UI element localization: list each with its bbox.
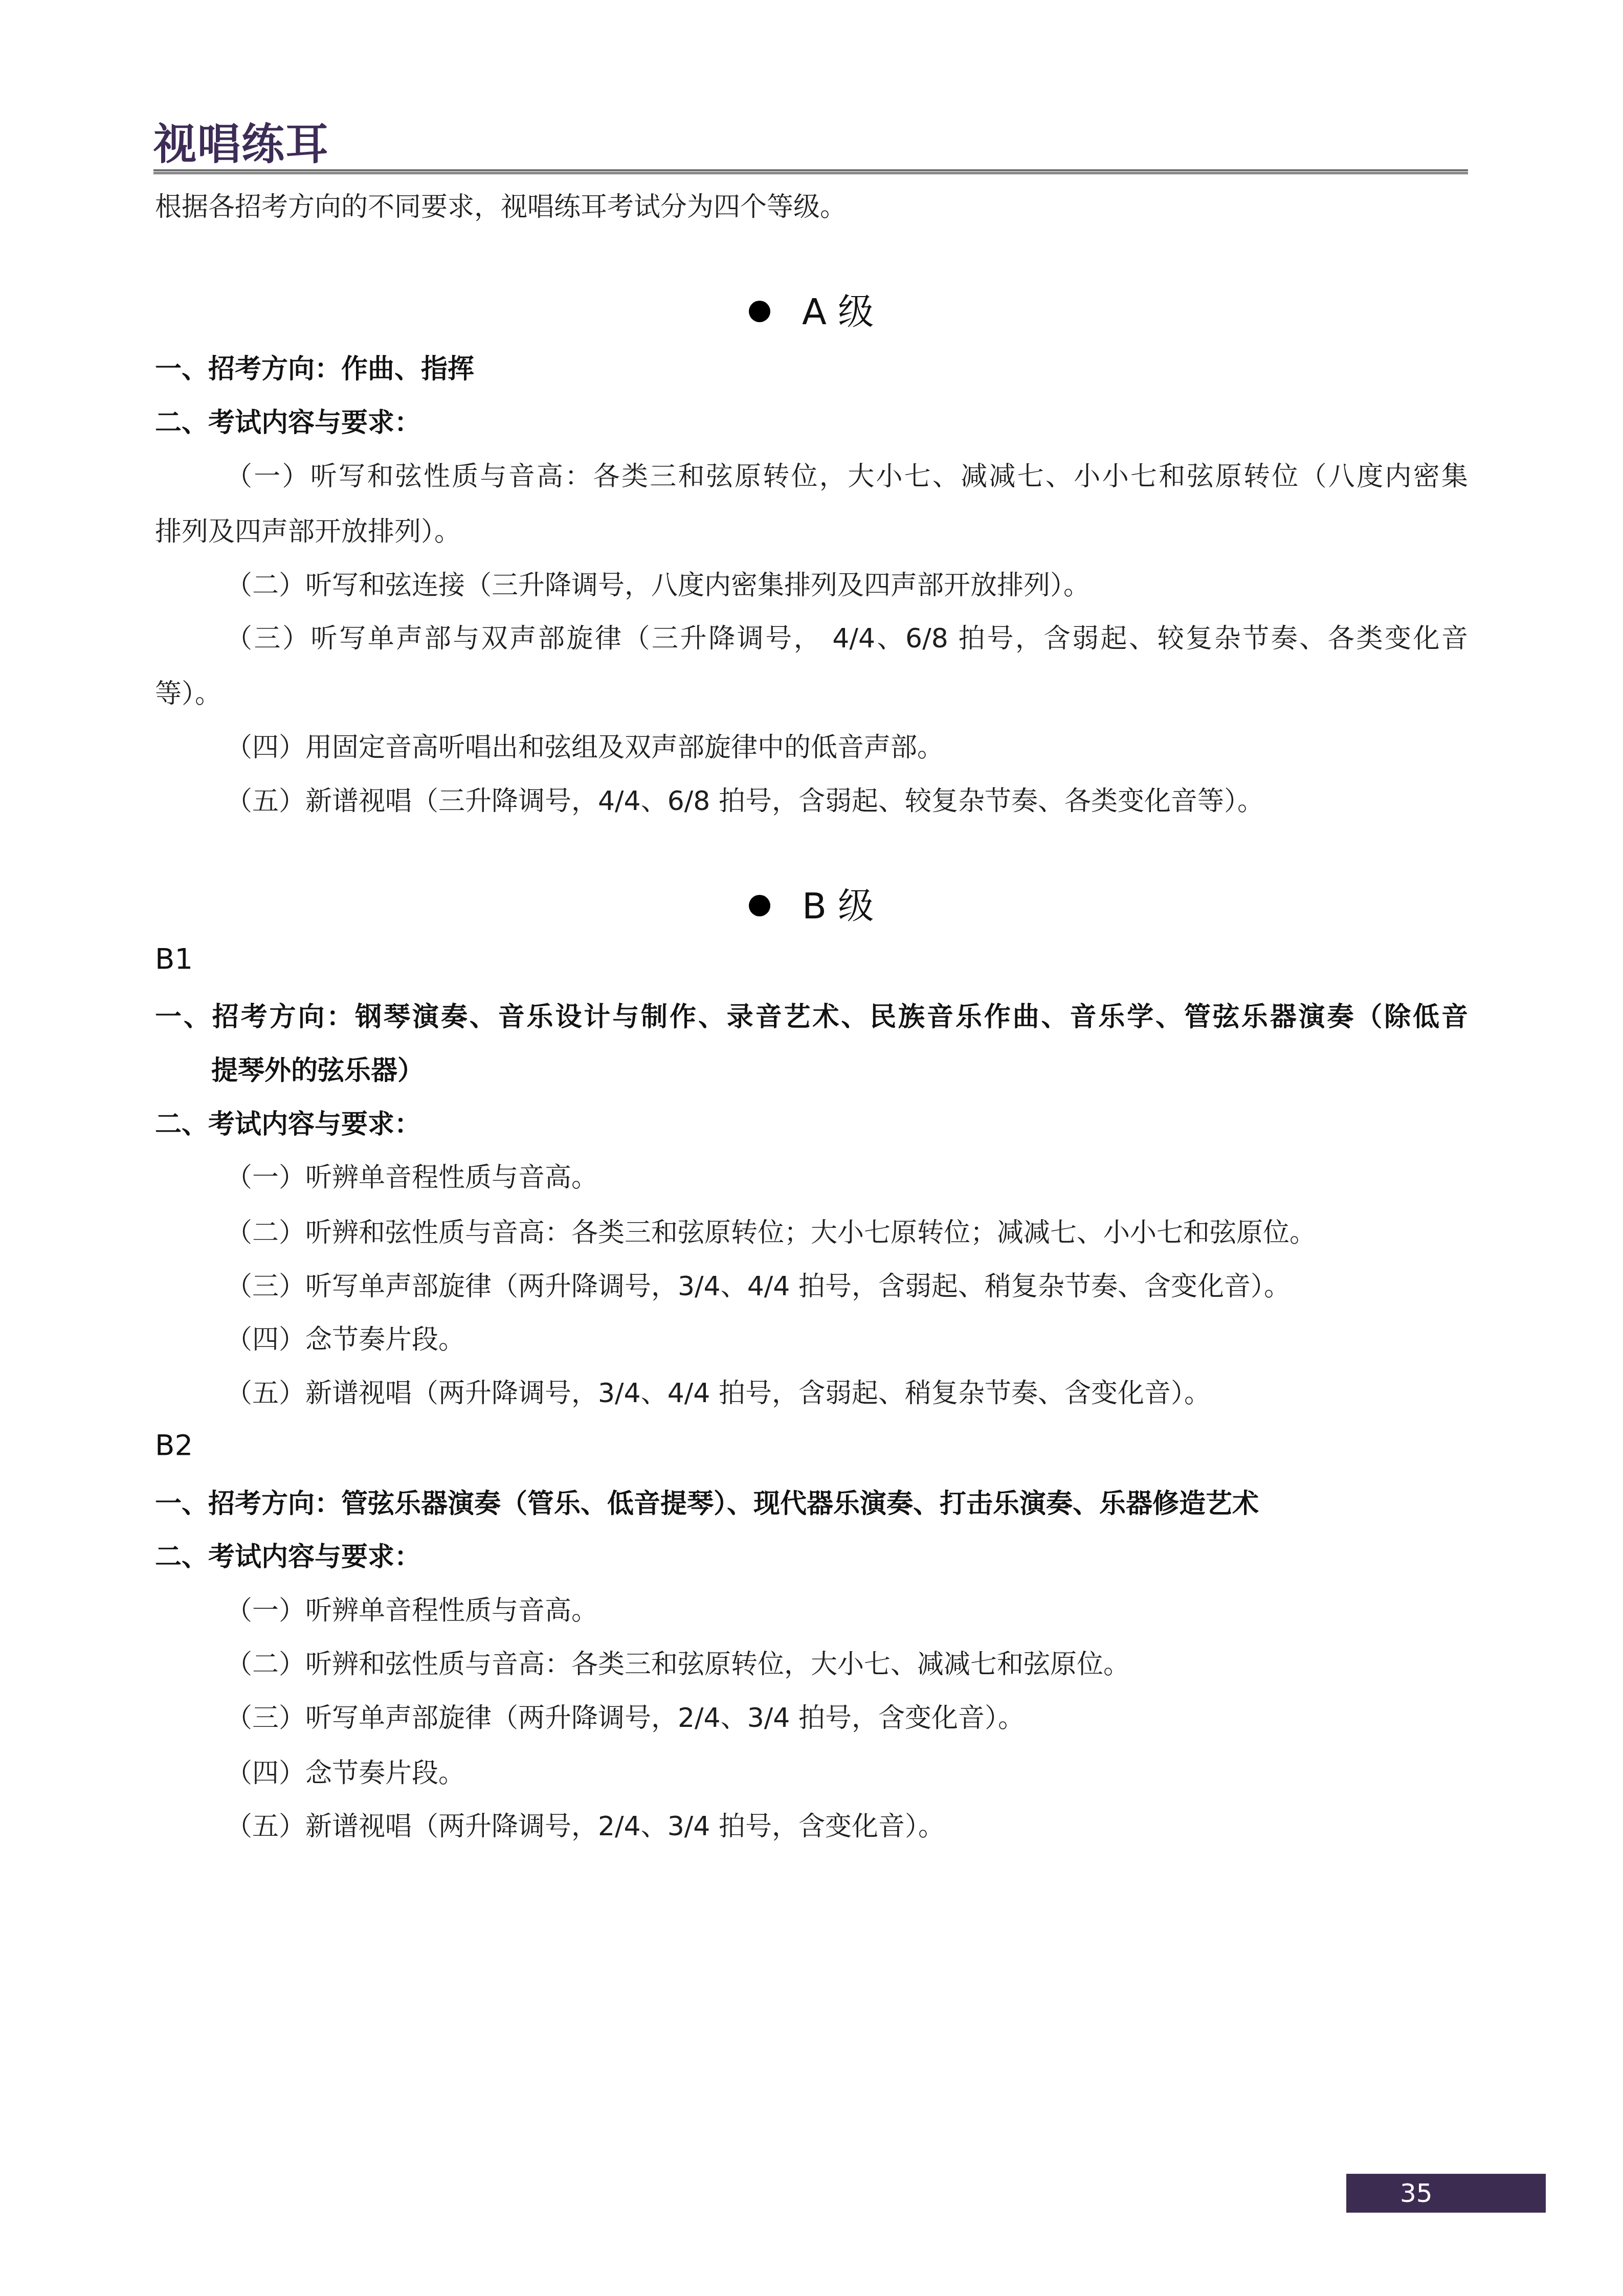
bullet-icon <box>749 895 770 916</box>
level-a-item-1: （一）听写和弦性质与音高：各类三和弦原转位，大小七、减减七、小小七和弦原转位（八… <box>226 459 1468 494</box>
b1-content-label: 二、考试内容与要求： <box>155 1107 1468 1142</box>
level-a-item-3: （三）听写单声部与双声部旋律（三升降调号， 4/4、6/8 拍号，含弱起、较复杂… <box>226 621 1468 657</box>
level-a-heading: A 级 <box>749 289 874 335</box>
level-a-content-label: 二、考试内容与要求： <box>155 405 1468 441</box>
b1-direction-cont: 提琴外的弦乐器） <box>211 1053 1468 1089</box>
b2-direction: 一、招考方向：管弦乐器演奏（管乐、低音提琴）、现代器乐演奏、打击乐演奏、乐器修造… <box>155 1486 1468 1522</box>
b1-item-5: （五）新谱视唱（两升降调号，3/4、4/4 拍号，含弱起、稍复杂节奏、含变化音）… <box>226 1376 1468 1411</box>
b1-item-4: （四）念节奏片段。 <box>226 1322 1468 1358</box>
bullet-icon <box>749 301 770 322</box>
b2-content-label: 二、考试内容与要求： <box>155 1539 1468 1575</box>
b1-label: B1 <box>155 941 193 977</box>
page-title: 视唱练耳 <box>153 119 329 170</box>
level-a-label: A 级 <box>802 291 874 333</box>
level-a-item-3-cont: 等）。 <box>155 676 1468 712</box>
b1-direction: 一、招考方向：钢琴演奏、音乐设计与制作、录音艺术、民族音乐作曲、音乐学、管弦乐器… <box>155 999 1468 1035</box>
b2-item-4: （四）念节奏片段。 <box>226 1755 1468 1791</box>
b2-label: B2 <box>155 1428 193 1464</box>
level-b-heading: B 级 <box>749 883 874 929</box>
divider-line-bottom <box>153 172 1468 174</box>
b1-item-2: （二）听辨和弦性质与音高：各类三和弦原转位；大小七原转位；减减七、小小七和弦原位… <box>226 1215 1468 1251</box>
b1-item-1: （一）听辨单音程性质与音高。 <box>226 1160 1468 1196</box>
b2-item-3: （三）听写单声部旋律（两升降调号，2/4、3/4 拍号，含变化音）。 <box>226 1700 1468 1736</box>
level-b-label: B 级 <box>802 885 874 927</box>
page-number-badge: 35 <box>1346 2174 1546 2213</box>
level-a-item-2: （二）听写和弦连接（三升降调号，八度内密集排列及四声部开放排列）。 <box>226 568 1468 603</box>
level-a-item-4: （四）用固定音高听唱出和弦组及双声部旋律中的低音声部。 <box>226 730 1468 766</box>
b2-item-2: （二）听辨和弦性质与音高：各类三和弦原转位，大小七、减减七和弦原位。 <box>226 1647 1468 1682</box>
b2-item-1: （一）听辨单音程性质与音高。 <box>226 1593 1468 1629</box>
level-a-item-5: （五）新谱视唱（三升降调号，4/4、6/8 拍号，含弱起、较复杂节奏、各类变化音… <box>226 783 1468 819</box>
intro-text: 根据各招考方向的不同要求，视唱练耳考试分为四个等级。 <box>155 189 1468 225</box>
level-a-item-1-cont: 排列及四声部开放排列）。 <box>155 514 1468 550</box>
level-a-direction: 一、招考方向：作曲、指挥 <box>155 351 1468 387</box>
page-number: 35 <box>1400 2174 1427 2213</box>
divider-line-top <box>153 169 1468 171</box>
title-divider <box>153 169 1468 175</box>
b2-item-5: （五）新谱视唱（两升降调号，2/4、3/4 拍号，含变化音）。 <box>226 1809 1468 1844</box>
b1-item-3: （三）听写单声部旋律（两升降调号，3/4、4/4 拍号，含弱起、稍复杂节奏、含变… <box>226 1269 1468 1304</box>
